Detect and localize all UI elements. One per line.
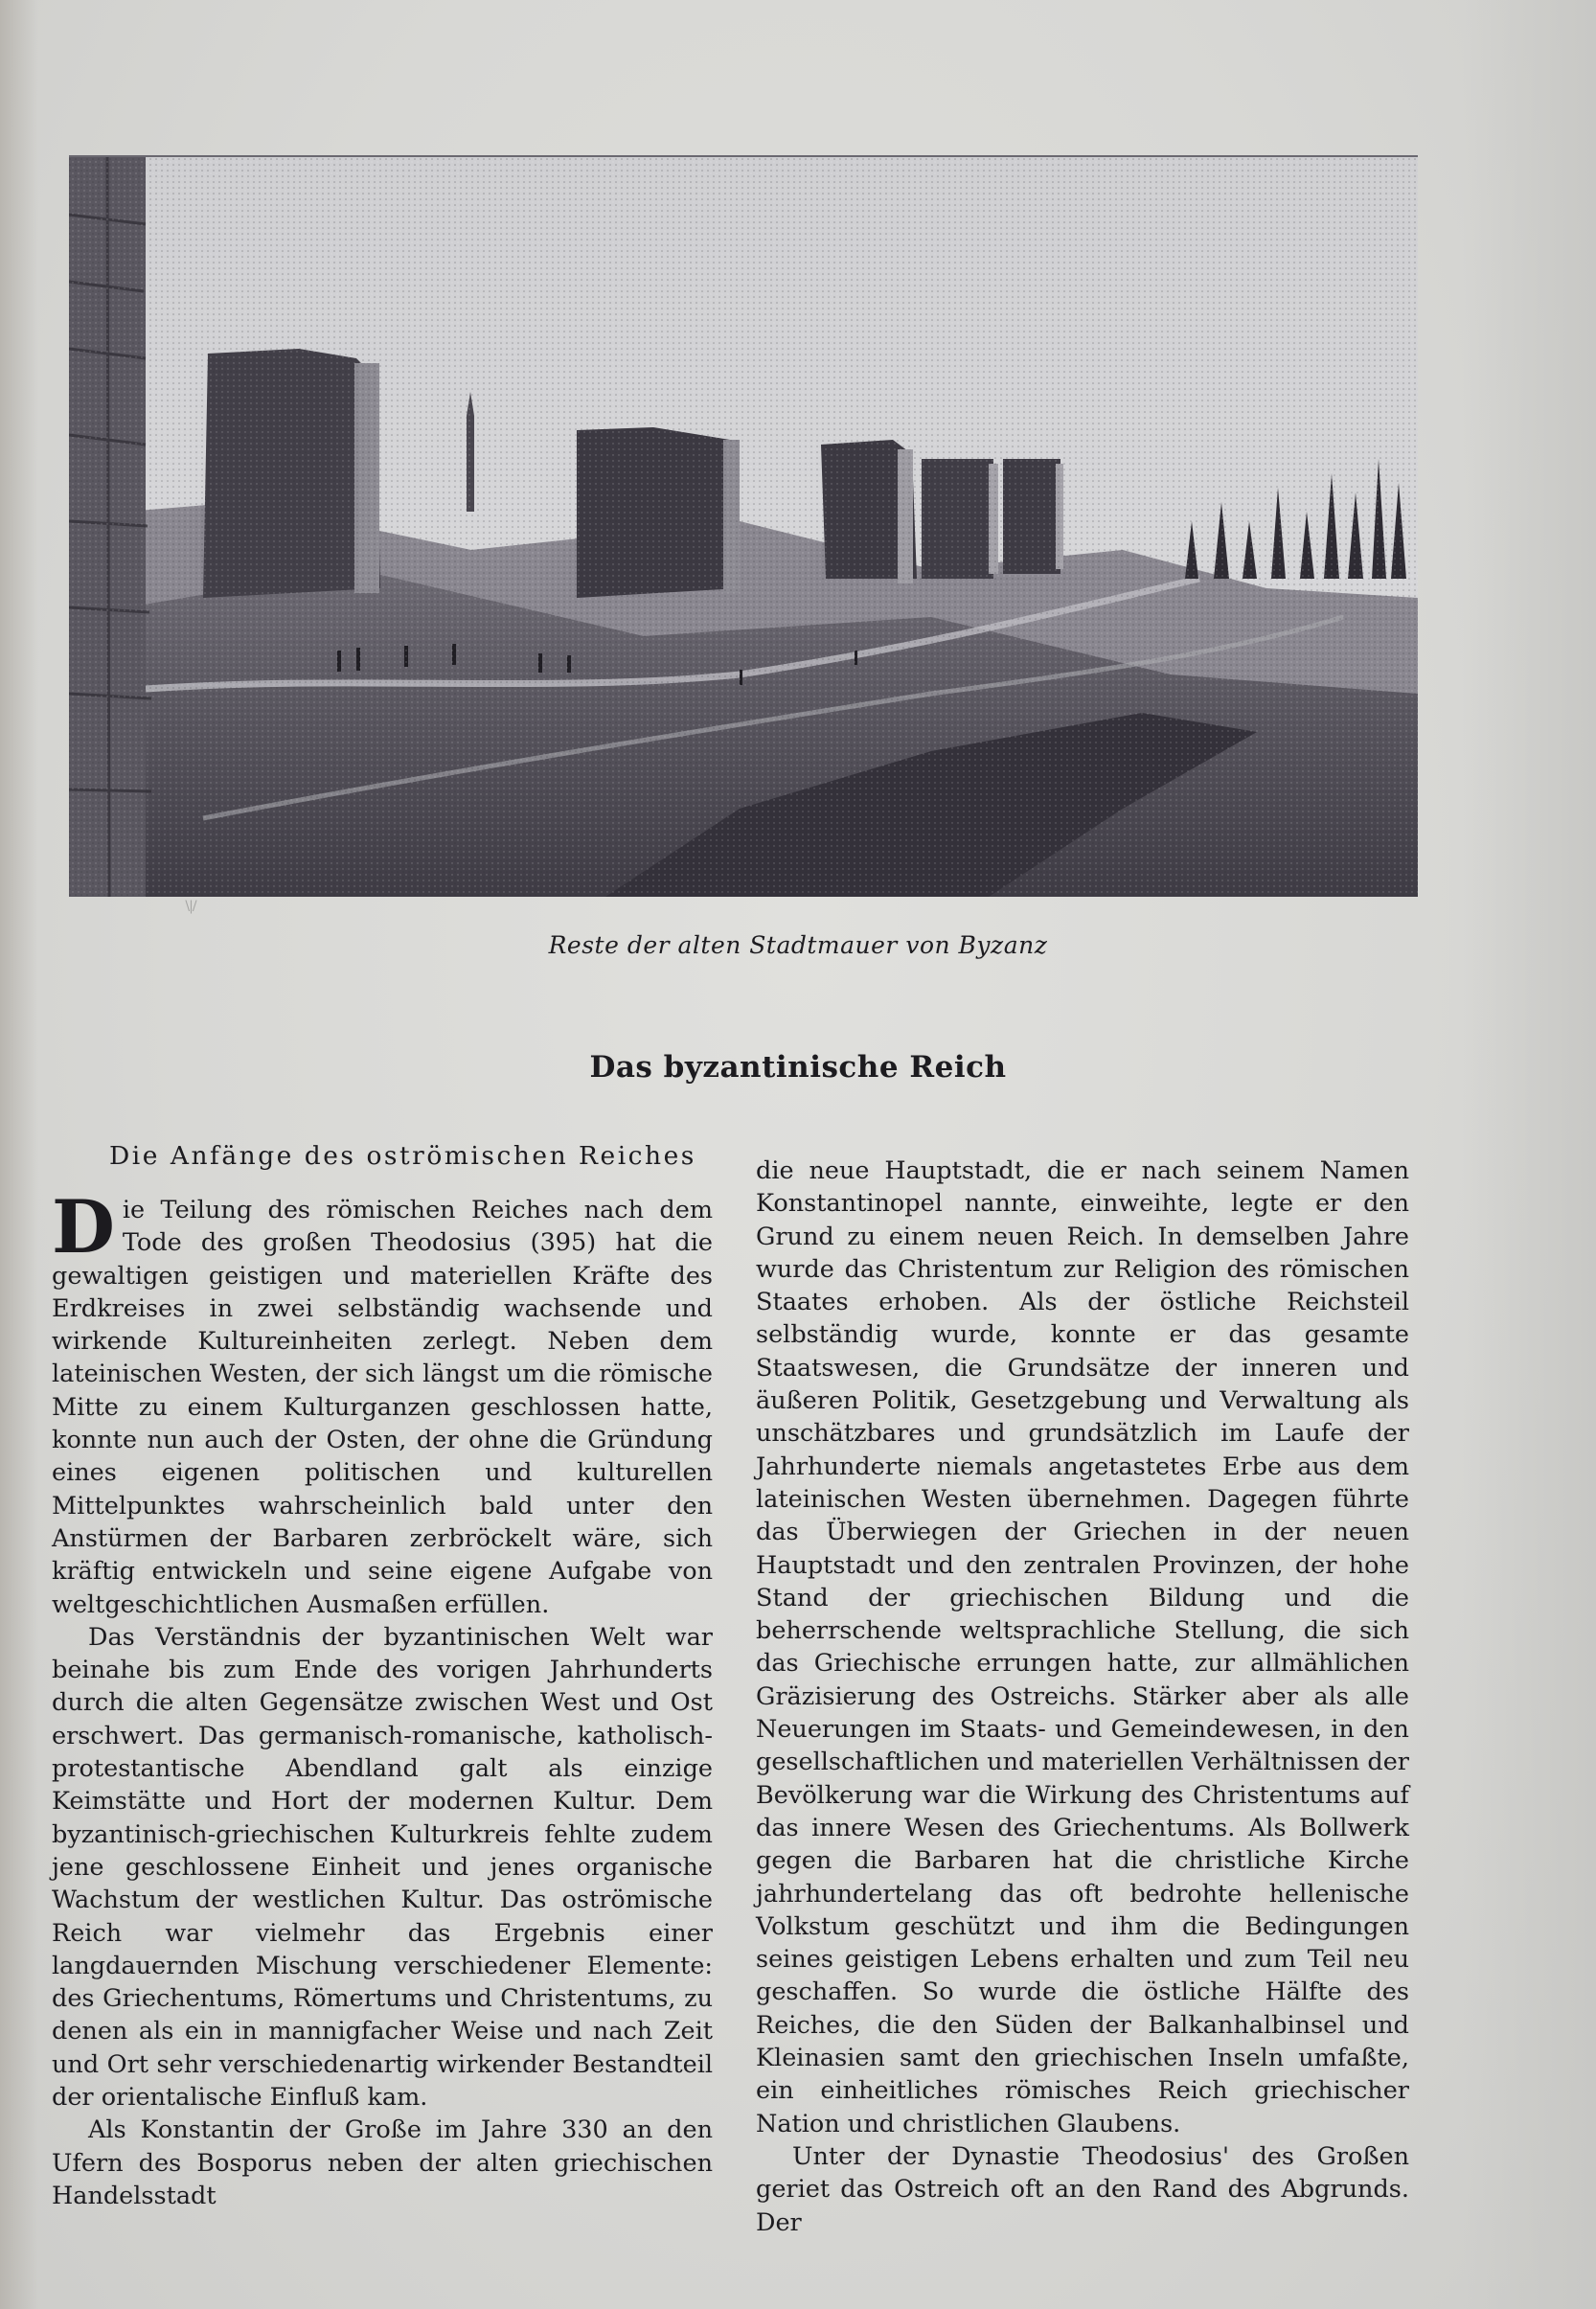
section-heading: Die Anfänge des oströmischen Reiches — [52, 1140, 713, 1194]
printer-ornament-icon: \|/ — [176, 899, 205, 914]
page-edge-shadow — [1462, 0, 1596, 2309]
text-column-right: die neue Hauptstadt, die er nach seinem … — [756, 1154, 1409, 2239]
paragraph: Die Teilung des römischen Reiches nach d… — [52, 1194, 713, 1621]
paragraph: Als Konstantin der Große im Jahre 330 an… — [52, 2114, 713, 2212]
paragraph: Das Verständnis der byzantinischen Welt … — [52, 1621, 713, 2114]
article-title: Das byzantinische Reich — [0, 1050, 1596, 1085]
paragraph-text: ie Teilung des römischen Reiches nach de… — [52, 1196, 713, 1619]
text-column-left: Die Anfänge des oströmischen Reiches Die… — [52, 1140, 713, 2212]
paragraph: Unter der Dynastie Theodosius' des Große… — [756, 2140, 1409, 2239]
city-wall-photograph — [69, 155, 1418, 897]
figure-caption: Reste der alten Stadtmauer von Byzanz — [0, 931, 1596, 959]
paragraph: die neue Hauptstadt, die er nach seinem … — [756, 1154, 1409, 2140]
page-gutter-shadow — [0, 0, 38, 2309]
drop-cap: D — [52, 1198, 115, 1257]
photo-illustration — [69, 157, 1418, 897]
book-page: \|/ Reste der alten Stadtmauer von Byzan… — [0, 0, 1596, 2309]
